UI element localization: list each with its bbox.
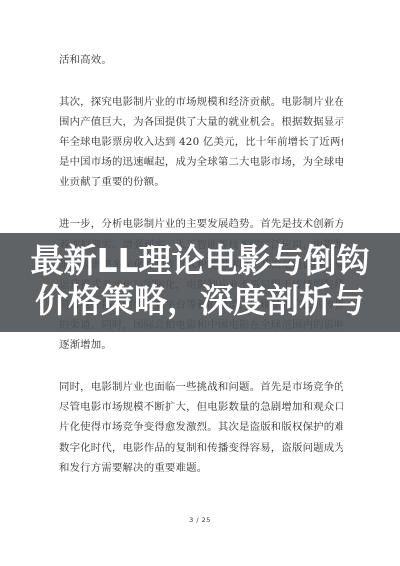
text-line: 进一步，分析电影制片业的主要发展趋势。首先是技术创新方面，随 bbox=[59, 217, 343, 231]
text-line: 活和高效。 bbox=[59, 53, 343, 67]
text-line: 业贡献了重要的份额。 bbox=[59, 175, 343, 189]
overlay-title: 最新LL理论电影与倒钩 价格策略，深度剖析与 bbox=[0, 241, 400, 321]
page-number: 3 / 25 bbox=[0, 516, 400, 524]
overlay-title-line-1: 最新LL理论电影与倒钩 bbox=[0, 241, 400, 281]
overlay-title-line-2: 价格策略，深度剖析与 bbox=[0, 281, 400, 321]
text-line: 数字化时代，电影作品的复制和传播变得容易，盗版问题成为制片方 bbox=[59, 441, 343, 455]
text-line: 片化使得市场竞争变得愈发激烈。其次是盗版和版权保护的难题。在 bbox=[59, 420, 343, 434]
text-line: 年全球电影票房收入达到 420 亿美元，比十年前增长了近两倍。尤其 bbox=[59, 135, 343, 149]
text-line: 是中国市场的迅速崛起，成为全球第二大电影市场，为全球电影制片 bbox=[59, 155, 343, 169]
text-line: 逐渐增加。 bbox=[59, 338, 343, 352]
text-line: 同时，电影制片业也面临一些挑战和问题。首先是市场竞争的加剧。 bbox=[59, 380, 343, 394]
text-line: 尽管电影市场规模不断扩大，但电影数量的急剧增加和观众口味的碎 bbox=[59, 400, 343, 414]
text-line: 其次，探究电影制片业的市场规模和经济贡献。电影制片业在全球范 bbox=[59, 95, 343, 109]
text-line: 和发行方需要解决的重要难题。 bbox=[59, 461, 343, 475]
text-line: 围内产值巨大，为各国提供了大量的就业机会。根据数据显示，2019 bbox=[59, 115, 343, 129]
